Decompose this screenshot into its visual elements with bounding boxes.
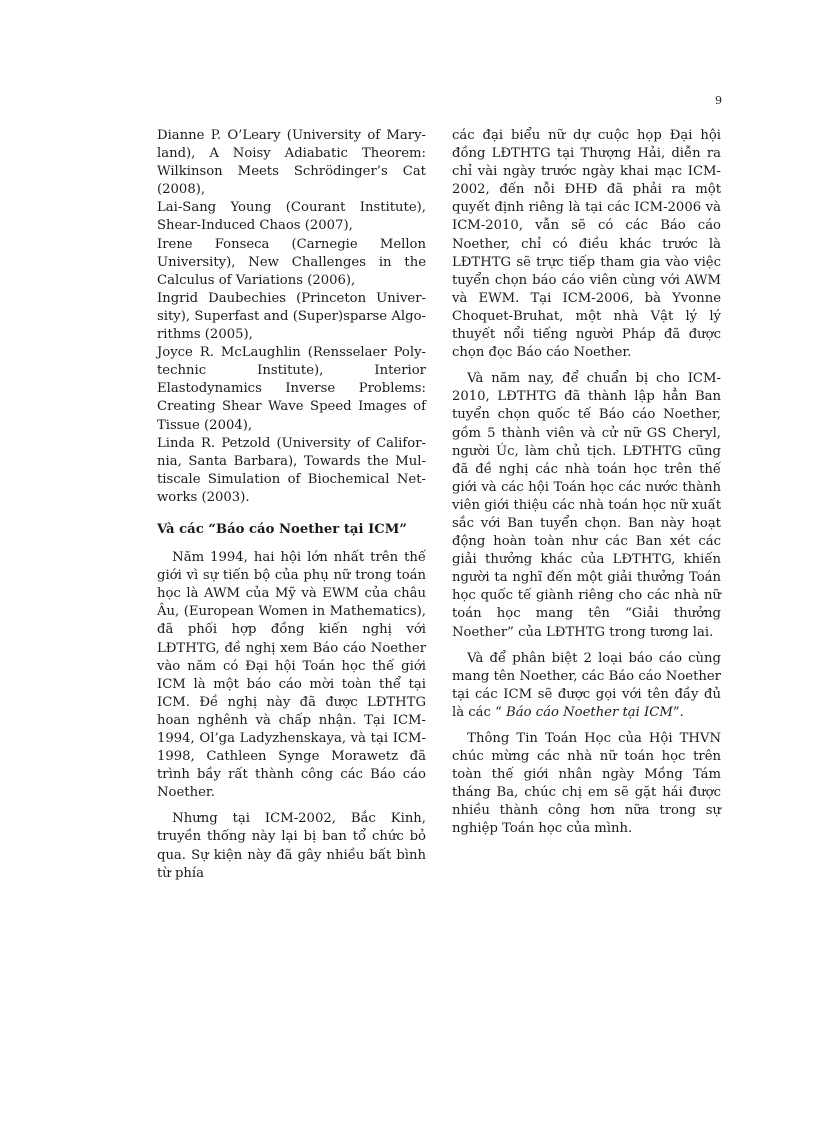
body-paragraph: Nhưng tại ICM-2002, Bắc Kinh, truyền thố… [157, 810, 426, 882]
italic-term: Báo cáo Noether tại ICM [506, 705, 673, 720]
reference-item: Dianne P. O’Leary (University of Mary­la… [157, 127, 426, 199]
body-paragraph: Năm 1994, hai hội lớn nhất trên thế giới… [157, 549, 426, 802]
reference-list: Dianne P. O’Leary (University of Mary­la… [157, 127, 426, 507]
continued-paragraph: các đại biểu nữ dự cuộc họp Đại hội đồng… [452, 127, 721, 362]
reference-item: Linda R. Petzold (University of Califor­… [157, 435, 426, 507]
reference-item: Joyce R. McLaughlin (Rensselaer Poly­tec… [157, 344, 426, 434]
reference-item: Ingrid Daubechies (Princeton Univer­sity… [157, 290, 426, 344]
right-column: các đại biểu nữ dự cuộc họp Đại hội đồng… [452, 127, 721, 839]
left-column: Dianne P. O’Leary (University of Mary­la… [157, 127, 426, 883]
naming-paragraph: Và để phân biệt 2 loại báo cáo cùng mang… [452, 650, 721, 722]
section-heading: Và các “Báo cáo Noether tại ICM” [157, 521, 426, 539]
reference-item: Lai-Sang Young (Courant Institute), Shea… [157, 199, 426, 235]
closing-paragraph: Thông Tin Toán Học của Hội THVN chúc mừn… [452, 730, 721, 839]
body-paragraph: Và năm nay, để chuẩn bị cho ICM-2010, LĐ… [452, 370, 721, 641]
reference-item: Irene Fonseca (Carnegie Mellon Univer­si… [157, 236, 426, 290]
page-number: 9 [708, 94, 722, 108]
naming-text-after: ”. [673, 705, 684, 720]
